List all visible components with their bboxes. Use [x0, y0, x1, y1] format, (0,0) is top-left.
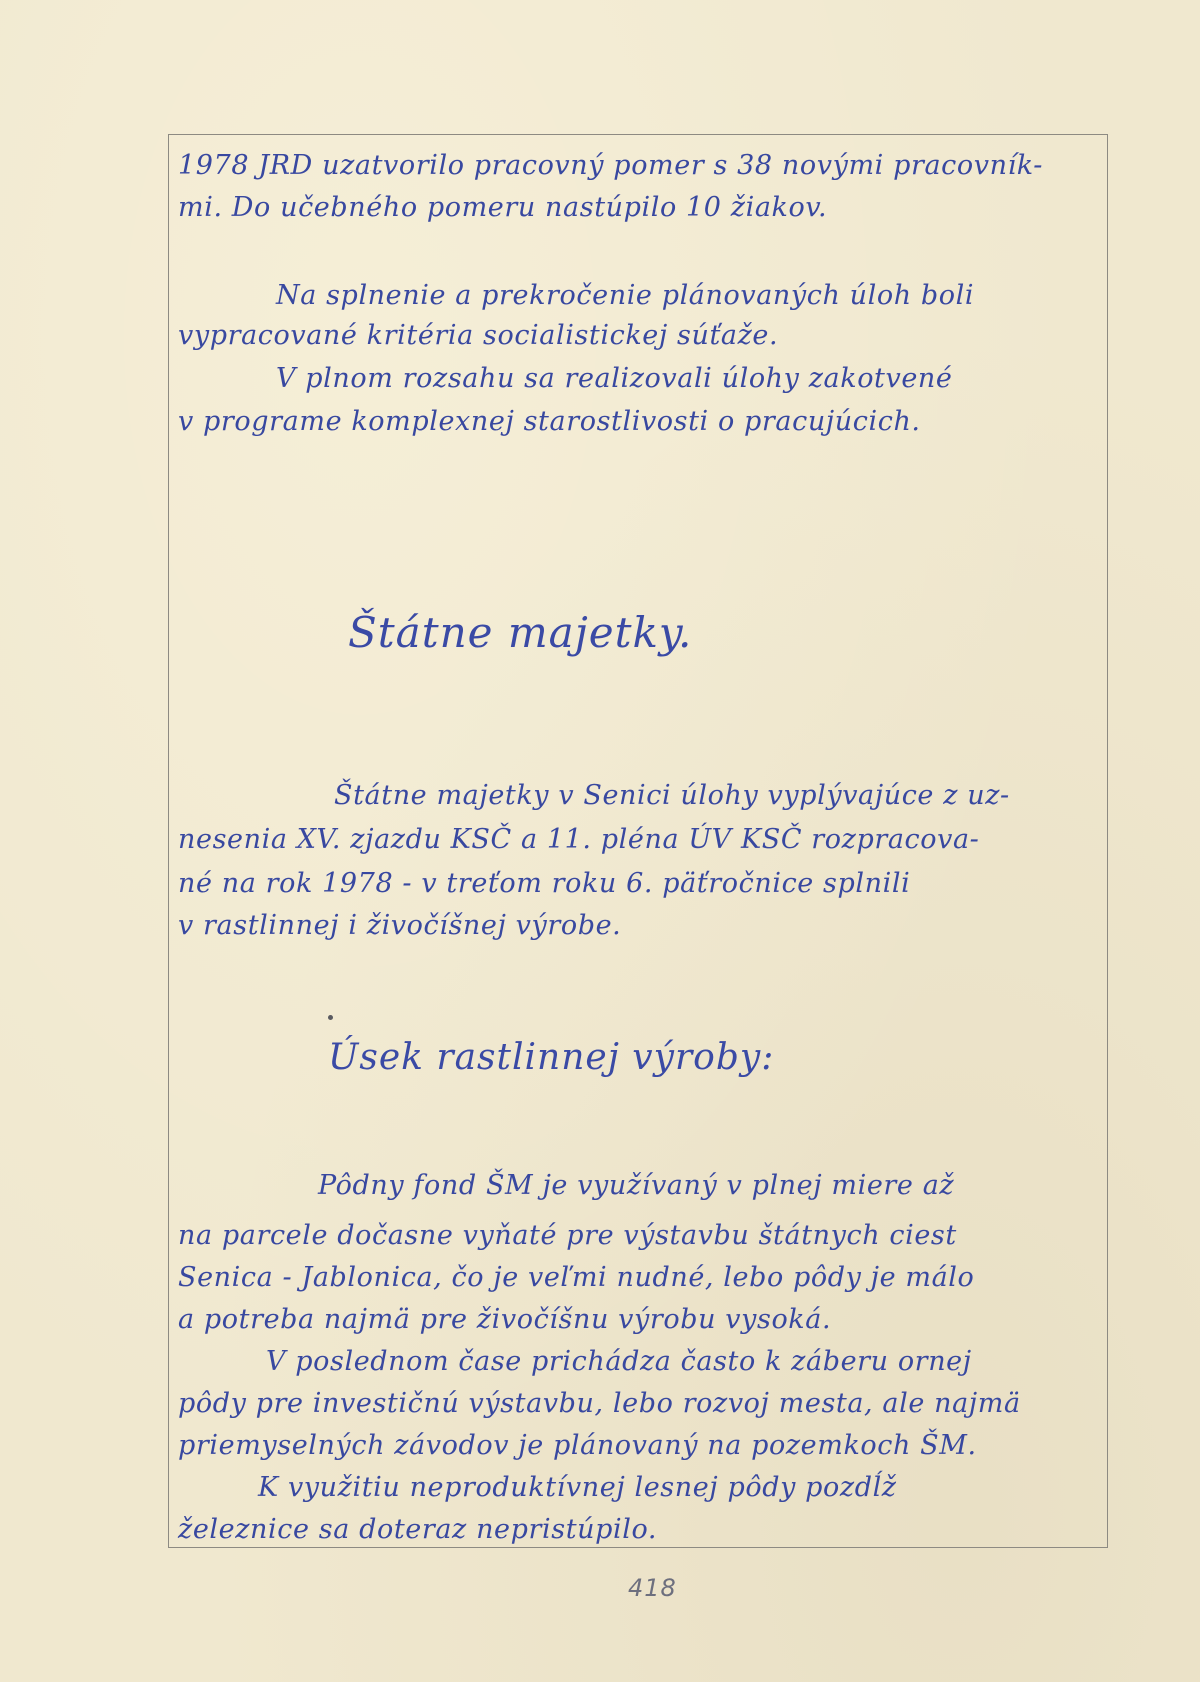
handwritten-line: V poslednom čase prichádza často k záber… [266, 1348, 972, 1375]
handwritten-line: V plnom rozsahu sa realizovali úlohy zak… [276, 365, 953, 392]
handwritten-line: Na splnenie a prekročenie plánovaných úl… [276, 282, 974, 309]
handwritten-line: 1978 JRD uzatvorilo pracovný pomer s 38 … [178, 152, 1043, 179]
section-heading-state-farms: Štátne majetky. [348, 612, 692, 654]
handwritten-line: a potreba najmä pre živočíšnu výrobu vys… [178, 1306, 831, 1333]
page-number: 418 [628, 1574, 677, 1602]
handwritten-line: vypracované kritéria socialistickej súťa… [178, 322, 778, 349]
handwritten-line: K využitiu neproduktívnej lesnej pôdy po… [258, 1474, 897, 1501]
handwritten-line: železnice sa doteraz nepristúpilo. [178, 1516, 657, 1543]
handwritten-line: Senica - Jablonica, čo je veľmi nudné, l… [178, 1264, 974, 1291]
handwritten-line: Štátne majetky v Senici úlohy vyplývajúc… [334, 782, 1010, 809]
handwritten-line: nesenia XV. zjazdu KSČ a 11. pléna ÚV KS… [178, 826, 979, 853]
handwritten-line: v programe komplexnej starostlivosti o p… [178, 408, 921, 435]
handwritten-line: v rastlinnej i živočíšnej výrobe. [178, 912, 621, 939]
handwritten-line: Pôdny fond ŠM je využívaný v plnej miere… [318, 1172, 954, 1199]
handwritten-line: priemyselných závodov je plánovaný na po… [178, 1432, 977, 1459]
handwritten-line: né na rok 1978 - v treťom roku 6. päťroč… [178, 870, 910, 897]
handwritten-line: pôdy pre investičnú výstavbu, lebo rozvo… [178, 1390, 1021, 1417]
handwritten-line: na parcele dočasne vyňaté pre výstavbu š… [178, 1222, 957, 1249]
section-heading-plant-production: Úsek rastlinnej výroby: [328, 1040, 774, 1076]
ink-dot-mark [328, 1015, 333, 1020]
handwritten-line: mi. Do učebného pomeru nastúpilo 10 žiak… [178, 194, 827, 221]
